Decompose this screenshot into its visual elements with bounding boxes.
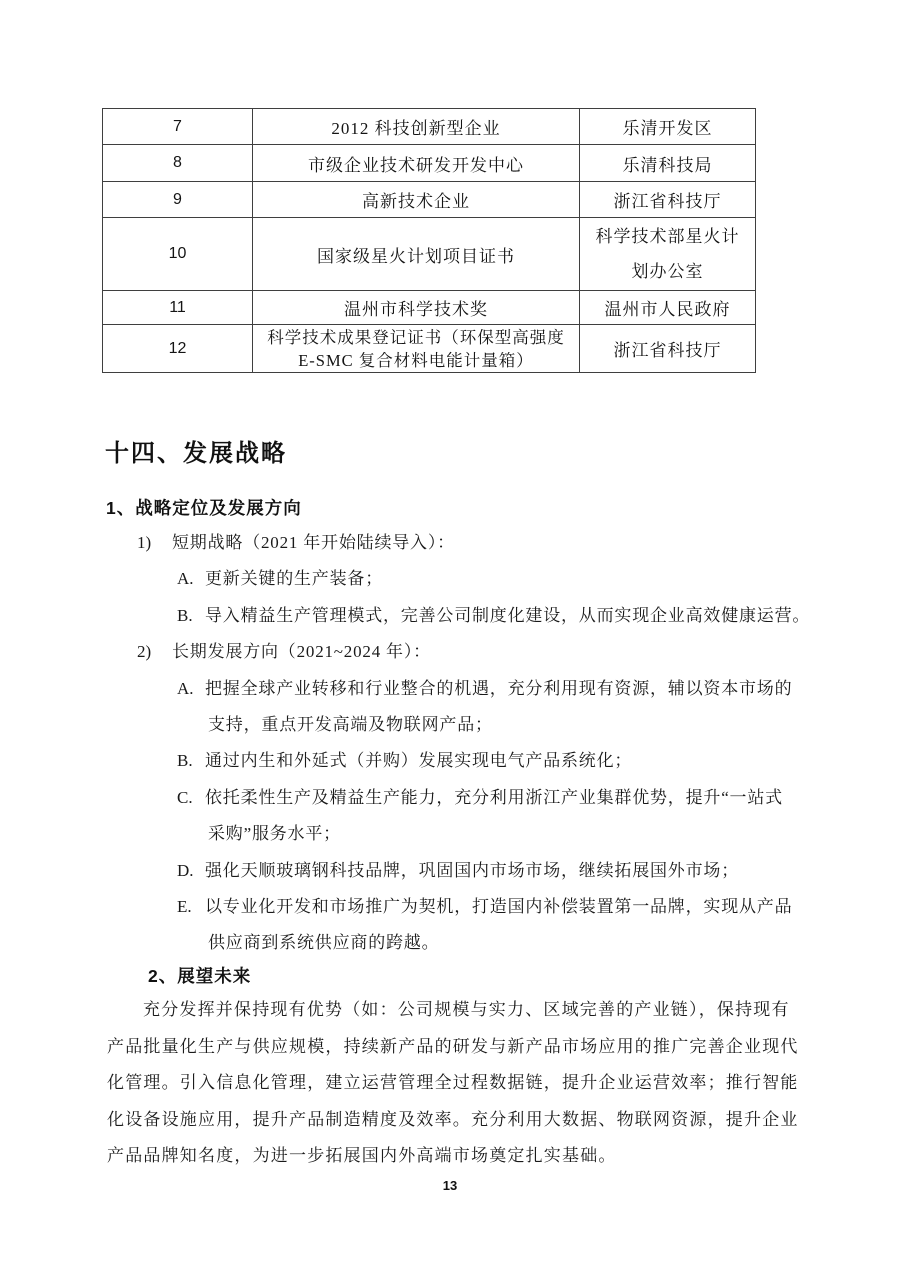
table-row: 12 科学技术成果登记证书（环保型高强度 E-SMC 复合材料电能计量箱） 浙江…	[103, 325, 756, 373]
cell-award-name: 科学技术成果登记证书（环保型高强度 E-SMC 复合材料电能计量箱）	[253, 325, 580, 373]
line-text: 把握全球产业转移和行业整合的机遇，充分利用现有资源，辅以资本市场的	[205, 679, 792, 698]
strategy-outline: 1)短期战略（2021 年开始陆续导入）： A.更新关键的生产装备； B.导入精…	[102, 525, 812, 962]
cell-issuer: 乐清开发区	[580, 109, 756, 145]
cell-issuer: 浙江省科技厅	[580, 182, 756, 218]
subsection-heading-strategy: 1、战略定位及发展方向	[106, 495, 302, 520]
outlook-paragraph: 充分发挥并保持现有优势（如：公司规模与实力、区域完善的产业链），保持现有 产品批…	[107, 992, 813, 1175]
cell-award-name: 国家级星火计划项目证书	[253, 218, 580, 291]
outline-line-continuation: 支持，重点开发高端及物联网产品；	[102, 707, 812, 743]
table-row: 11 温州市科学技术奖 温州市人民政府	[103, 291, 756, 325]
section-title: 十四、发展战略	[105, 433, 287, 468]
list-marker: B.	[177, 743, 205, 779]
cell-issuer: 温州市人民政府	[580, 291, 756, 325]
line-text: 采购”服务水平；	[208, 824, 341, 843]
outline-line: B.通过内生和外延式（并购）发展实现电气产品系统化；	[102, 743, 812, 779]
line-text: 短期战略（2021 年开始陆续导入）：	[172, 533, 455, 552]
cell-issuer: 乐清科技局	[580, 145, 756, 182]
line-text: 长期发展方向（2021~2024 年）：	[172, 642, 431, 661]
line-text: 以专业化开发和市场推广为契机，打造国内补偿装置第一品牌，实现从产品	[205, 897, 792, 916]
list-marker: 2)	[137, 634, 172, 670]
outline-line: E.以专业化开发和市场推广为契机，打造国内补偿装置第一品牌，实现从产品	[102, 889, 812, 925]
paragraph-line: 充分发挥并保持现有优势（如：公司规模与实力、区域完善的产业链），保持现有	[107, 992, 813, 1029]
issuer-line-1: 科学技术部星火计	[580, 219, 755, 254]
page-number: 13	[0, 1178, 900, 1193]
table-row: 8 市级企业技术研发开发中心 乐清科技局	[103, 145, 756, 182]
table-row: 9 高新技术企业 浙江省科技厅	[103, 182, 756, 218]
cell-issuer: 浙江省科技厅	[580, 325, 756, 373]
paragraph-line: 化设备设施应用，提升产品制造精度及效率。充分利用大数据、物联网资源，提升企业	[107, 1102, 813, 1139]
outline-line: 2)长期发展方向（2021~2024 年）：	[102, 634, 812, 670]
cell-serial: 11	[103, 291, 253, 325]
line-text: 强化天顺玻璃钢科技品牌，巩固国内市场市场，继续拓展国外市场；	[205, 861, 739, 880]
list-marker: A.	[177, 671, 205, 707]
list-marker: B.	[177, 598, 205, 634]
outline-line: A.把握全球产业转移和行业整合的机遇，充分利用现有资源，辅以资本市场的	[102, 671, 812, 707]
outline-line: A.更新关键的生产装备；	[102, 561, 812, 597]
cell-serial: 12	[103, 325, 253, 373]
list-marker: A.	[177, 561, 205, 597]
line-text: 依托柔性生产及精益生产能力，充分利用浙江产业集群优势，提升“一站式	[205, 788, 783, 807]
table-row: 10 国家级星火计划项目证书 科学技术部星火计 划办公室	[103, 218, 756, 291]
cell-award-name: 2012 科技创新型企业	[253, 109, 580, 145]
line-text: 导入精益生产管理模式，完善公司制度化建设，从而实现企业高效健康运营。	[205, 606, 810, 625]
awards-table: 7 2012 科技创新型企业 乐清开发区 8 市级企业技术研发开发中心 乐清科技…	[102, 108, 756, 373]
cell-award-name: 高新技术企业	[253, 182, 580, 218]
line-text: 通过内生和外延式（并购）发展实现电气产品系统化；	[205, 751, 632, 770]
outline-line: B.导入精益生产管理模式，完善公司制度化建设，从而实现企业高效健康运营。	[102, 598, 812, 634]
cell-award-name: 市级企业技术研发开发中心	[253, 145, 580, 182]
award-name-line-2: E-SMC 复合材料电能计量箱）	[253, 349, 579, 372]
outline-line-continuation: 采购”服务水平；	[102, 816, 812, 852]
list-marker: 1)	[137, 525, 172, 561]
cell-serial: 8	[103, 145, 253, 182]
list-marker: D.	[177, 853, 205, 889]
line-text: 支持，重点开发高端及物联网产品；	[208, 715, 493, 734]
cell-serial: 9	[103, 182, 253, 218]
outline-line-continuation: 供应商到系统供应商的跨越。	[102, 925, 812, 961]
list-marker: E.	[177, 889, 205, 925]
paragraph-line: 产品批量化生产与供应规模，持续新产品的研发与新产品市场应用的推广完善企业现代	[107, 1029, 813, 1066]
paragraph-line: 产品品牌知名度，为进一步拓展国内外高端市场奠定扎实基础。	[107, 1138, 813, 1175]
line-text: 更新关键的生产装备；	[205, 569, 383, 588]
cell-issuer: 科学技术部星火计 划办公室	[580, 218, 756, 291]
document-page: 7 2012 科技创新型企业 乐清开发区 8 市级企业技术研发开发中心 乐清科技…	[0, 0, 900, 1273]
cell-award-name: 温州市科学技术奖	[253, 291, 580, 325]
issuer-line-2: 划办公室	[580, 254, 755, 289]
list-marker: C.	[177, 780, 205, 816]
table-row: 7 2012 科技创新型企业 乐清开发区	[103, 109, 756, 145]
outline-line: C.依托柔性生产及精益生产能力，充分利用浙江产业集群优势，提升“一站式	[102, 780, 812, 816]
award-name-line-1: 科学技术成果登记证书（环保型高强度	[253, 326, 579, 349]
line-text: 供应商到系统供应商的跨越。	[208, 933, 439, 952]
cell-serial: 10	[103, 218, 253, 291]
paragraph-line: 化管理。引入信息化管理，建立运营管理全过程数据链，提升企业运营效率；推行智能	[107, 1065, 813, 1102]
outline-line: 1)短期战略（2021 年开始陆续导入）：	[102, 525, 812, 561]
cell-serial: 7	[103, 109, 253, 145]
outline-line: D.强化天顺玻璃钢科技品牌，巩固国内市场市场，继续拓展国外市场；	[102, 853, 812, 889]
subsection-heading-outlook: 2、展望未来	[148, 963, 251, 988]
